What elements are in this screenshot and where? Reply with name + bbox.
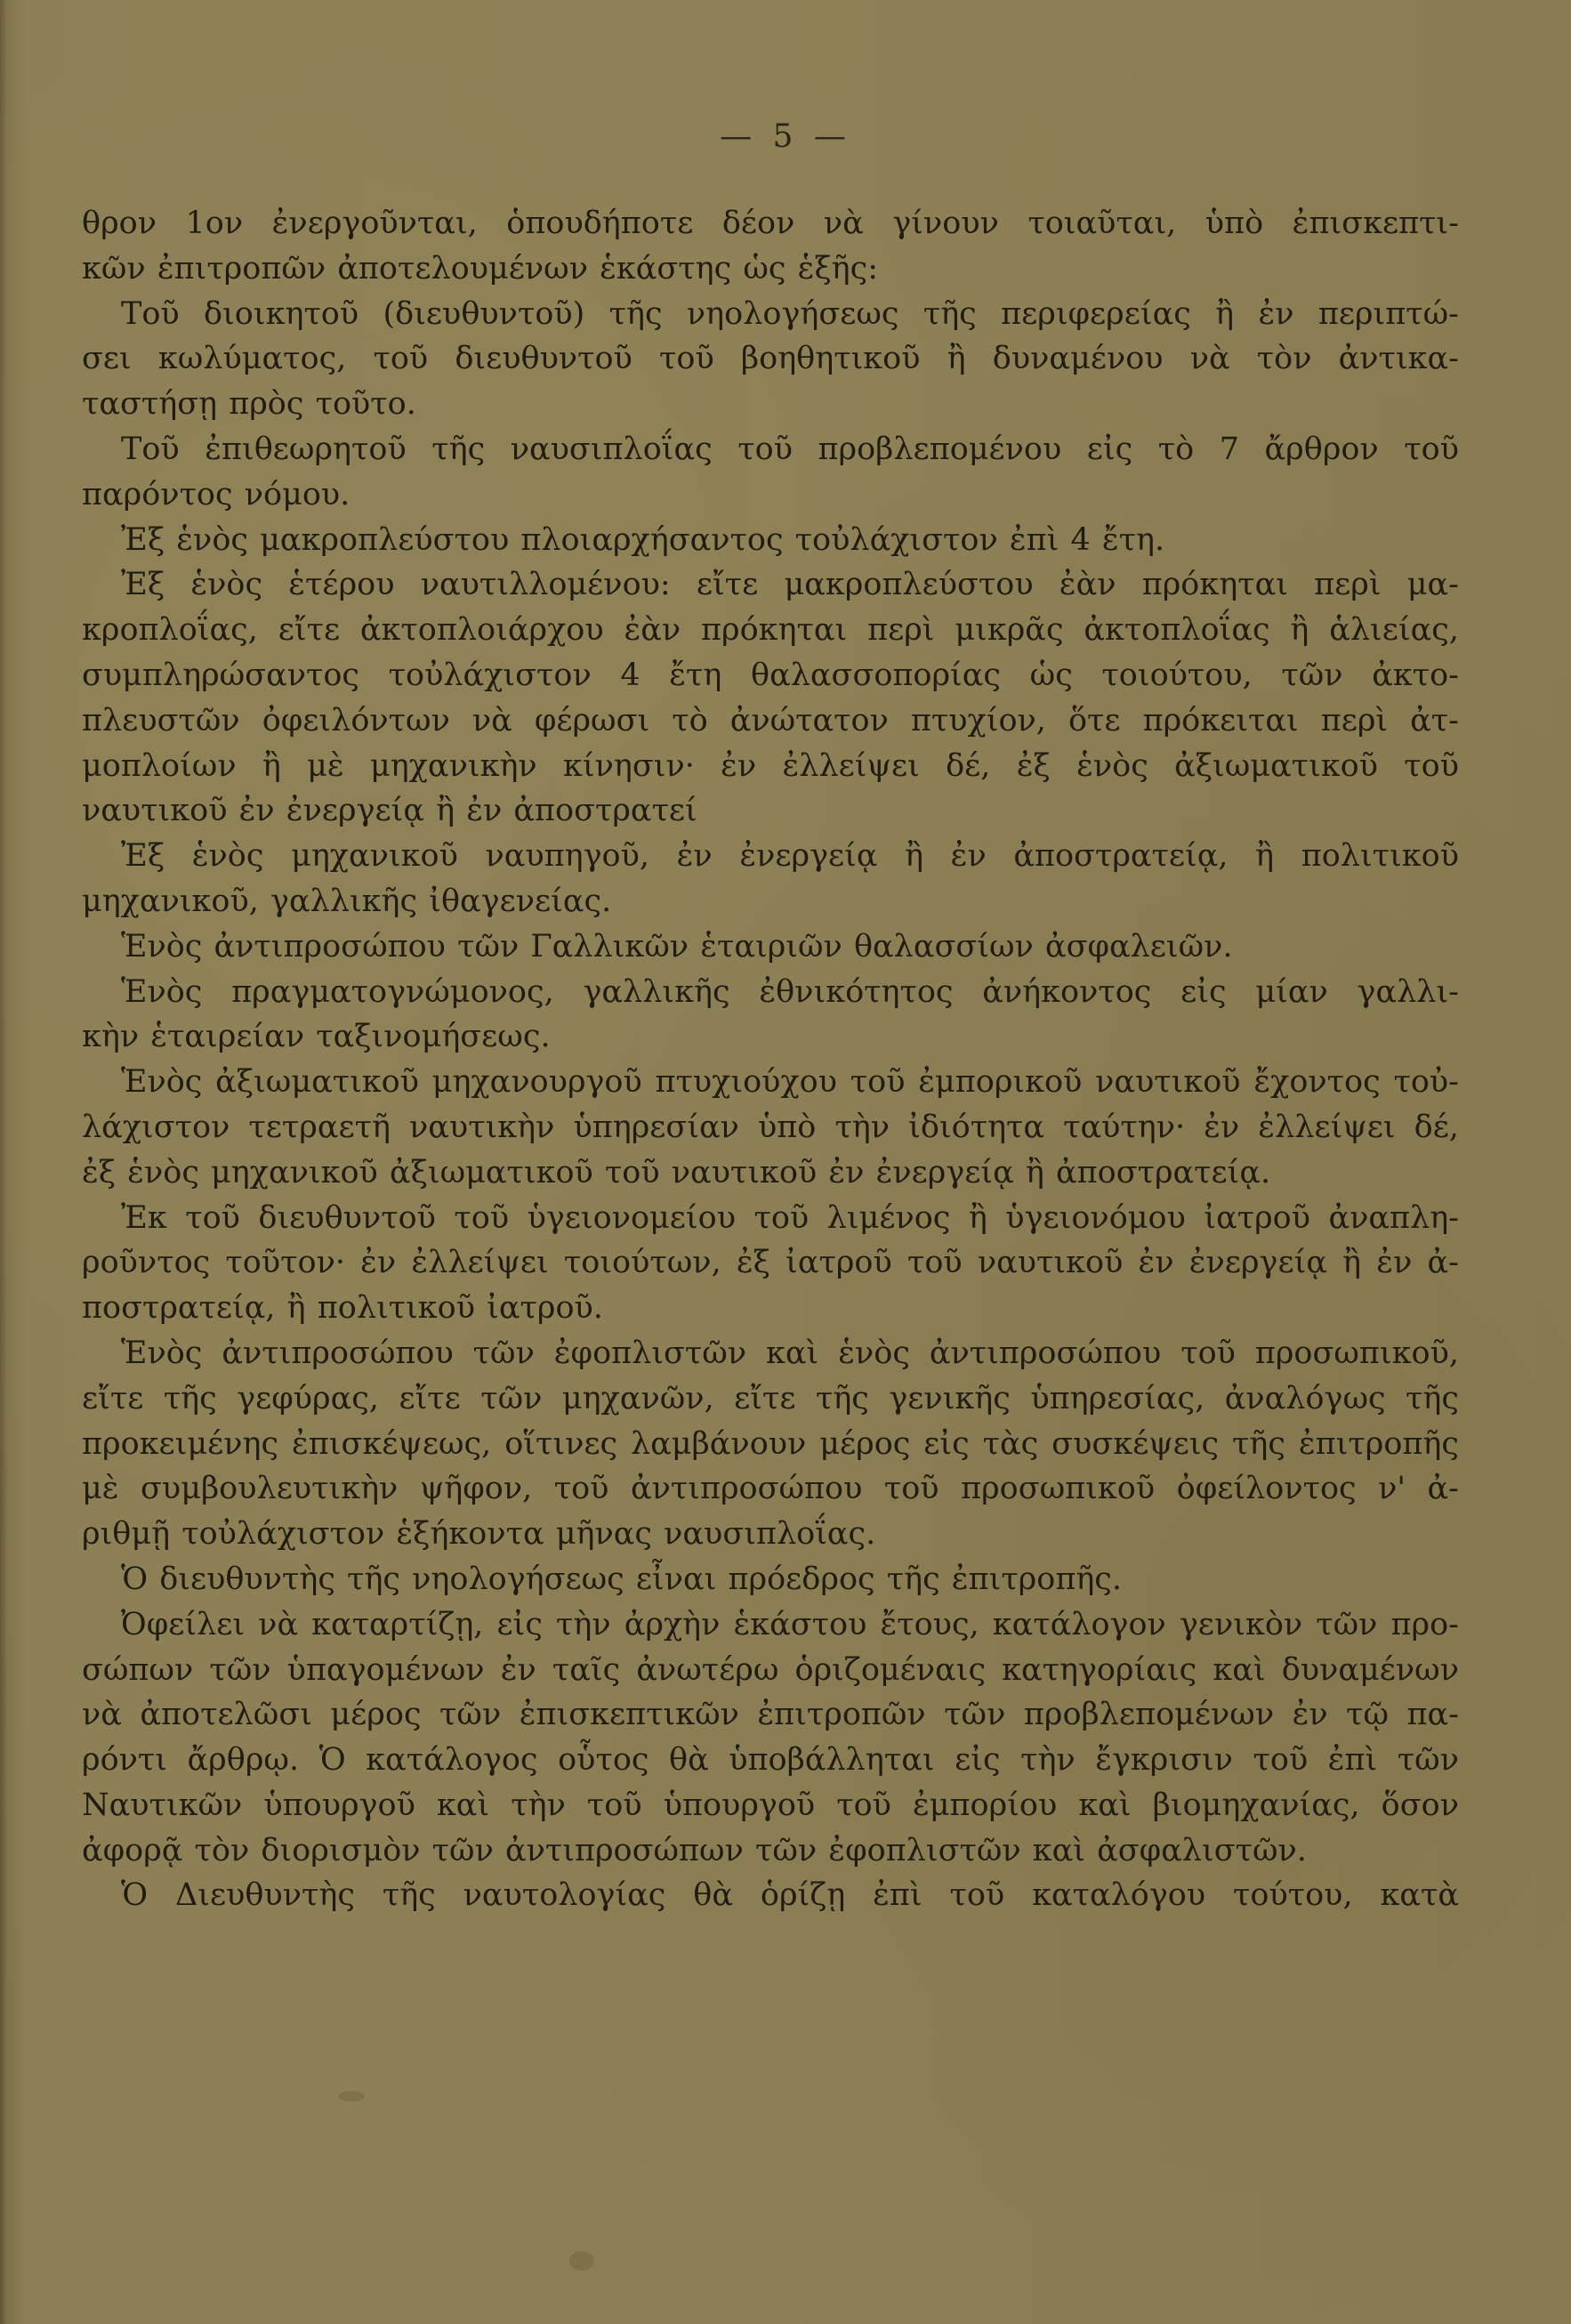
text-line: ρόντι ἄρθρῳ. Ὁ κατάλογος οὗτος θὰ ὑποβάλ…	[82, 1738, 1459, 1783]
text-line: Ἐξ ἑνὸς ἑτέρου ναυτιλλομένου: εἴτε μακρο…	[82, 562, 1459, 608]
text-line: ταστήσῃ πρὸς τοῦτο.	[82, 382, 1459, 427]
text-line: ἀφορᾷ τὸν διορισμὸν τῶν ἀντιπροσώπων τῶν…	[82, 1828, 1459, 1874]
page-number: — 5 —	[0, 118, 1571, 155]
text-line: Ἐξ ἑνὸς μακροπλεύστου πλοιαρχήσαντος τοὐ…	[82, 518, 1459, 563]
text-line: Ἑνὸς πραγματογνώμονος, γαλλικῆς ἐθνικότη…	[82, 970, 1459, 1015]
text-line: Ὁ διευθυντὴς τῆς νηολογήσεως εἶναι πρόεδ…	[82, 1557, 1459, 1602]
text-line: προκειμένης ἐπισκέψεως, οἵτινες λαμβάνου…	[82, 1422, 1459, 1467]
text-line: Τοῦ ἐπιθεωρητοῦ τῆς ναυσιπλοΐας τοῦ προβ…	[82, 427, 1459, 472]
text-line: Ἐκ τοῦ διευθυντοῦ τοῦ ὑγειονομείου τοῦ λ…	[82, 1196, 1459, 1241]
text-line: Ἑνὸς ἀντιπροσώπου τῶν Γαλλικῶν ἑταιριῶν …	[82, 924, 1459, 970]
text-line: μὲ συμβουλευτικὴν ψῆφον, τοῦ ἀντιπροσώπο…	[82, 1466, 1459, 1512]
text-line: σώπων τῶν ὑπαγομένων ἐν ταῖς ἀνωτέρω ὁρι…	[82, 1648, 1459, 1693]
text-line: Ἑνὸς ἀξιωματικοῦ μηχανουργοῦ πτυχιούχου …	[82, 1060, 1459, 1105]
text-line: νὰ ἀποτελῶσι μέρος τῶν ἐπισκεπτικῶν ἐπιτ…	[82, 1692, 1459, 1738]
text-line: κῶν ἐπιτροπῶν ἀποτελουμένων ἑκάστης ὡς ἑ…	[82, 246, 1459, 292]
text-line: Ἐξ ἑνὸς μηχανικοῦ ναυπηγοῦ, ἐν ἐνεργείᾳ …	[82, 834, 1459, 879]
text-line: μοπλοίων ἢ μὲ μηχανικὴν κίνησιν· ἐν ἐλλε…	[82, 744, 1459, 789]
text-line: Ναυτικῶν ὑπουργοῦ καὶ τὴν τοῦ ὑπουργοῦ τ…	[82, 1783, 1459, 1828]
text-line: ποστρατείᾳ, ἢ πολιτικοῦ ἰατροῦ.	[82, 1286, 1459, 1331]
text-line: κροπλοΐας, εἴτε ἀκτοπλοιάρχου ἐὰν πρόκητ…	[82, 608, 1459, 653]
text-line: σει κωλύματος, τοῦ διευθυντοῦ τοῦ βοηθητ…	[82, 336, 1459, 382]
text-line: ροῦντος τοῦτον· ἐν ἐλλείψει τοιούτων, ἐξ…	[82, 1240, 1459, 1286]
text-line: ναυτικοῦ ἐν ἐνεργείᾳ ἢ ἐν ἀποστρατεί	[82, 788, 1459, 834]
text-line: συμπληρώσαντος τοὐλάχιστον 4 ἔτη θαλασσο…	[82, 653, 1459, 698]
text-line: εἴτε τῆς γεφύρας, εἴτε τῶν μηχανῶν, εἴτε…	[82, 1376, 1459, 1422]
text-line: μηχανικοῦ, γαλλικῆς ἰθαγενείας.	[82, 879, 1459, 924]
text-line: παρόντος νόμου.	[82, 472, 1459, 518]
paper-stain	[338, 2091, 365, 2102]
text-line: ἐξ ἑνὸς μηχανικοῦ ἀξιωματικοῦ τοῦ ναυτικ…	[82, 1150, 1459, 1196]
text-line: λάχιστον τετραετῆ ναυτικὴν ὑπηρεσίαν ὑπὸ…	[82, 1105, 1459, 1150]
text-line: Ὁ Διευθυντὴς τῆς ναυτολογίας θὰ ὁρίζῃ ἐπ…	[82, 1873, 1459, 1918]
paper-stain	[569, 2251, 594, 2271]
text-line: Τοῦ διοικητοῦ (διευθυντοῦ) τῆς νηολογήσε…	[82, 292, 1459, 337]
text-line: θρον 1ον ἐνεργοῦνται, ὁπουδήποτε δέον νὰ…	[82, 201, 1459, 246]
text-line: Ἑνὸς ἀντιπροσώπου τῶν ἐφοπλιστῶν καὶ ἑνὸ…	[82, 1331, 1459, 1376]
text-line: κὴν ἑταιρείαν ταξινομήσεως.	[82, 1014, 1459, 1060]
text-line: πλευστῶν ὀφειλόντων νὰ φέρωσι τὸ ἀνώτατο…	[82, 698, 1459, 744]
text-line: Ὀφείλει νὰ καταρτίζῃ, εἰς τὴν ἀρχὴν ἑκάσ…	[82, 1602, 1459, 1648]
document-body: θρον 1ον ἐνεργοῦνται, ὁπουδήποτε δέον νὰ…	[82, 201, 1459, 1918]
text-line: ριθμῇ τοὐλάχιστον ἑξήκοντα μῆνας ναυσιπλ…	[82, 1512, 1459, 1557]
